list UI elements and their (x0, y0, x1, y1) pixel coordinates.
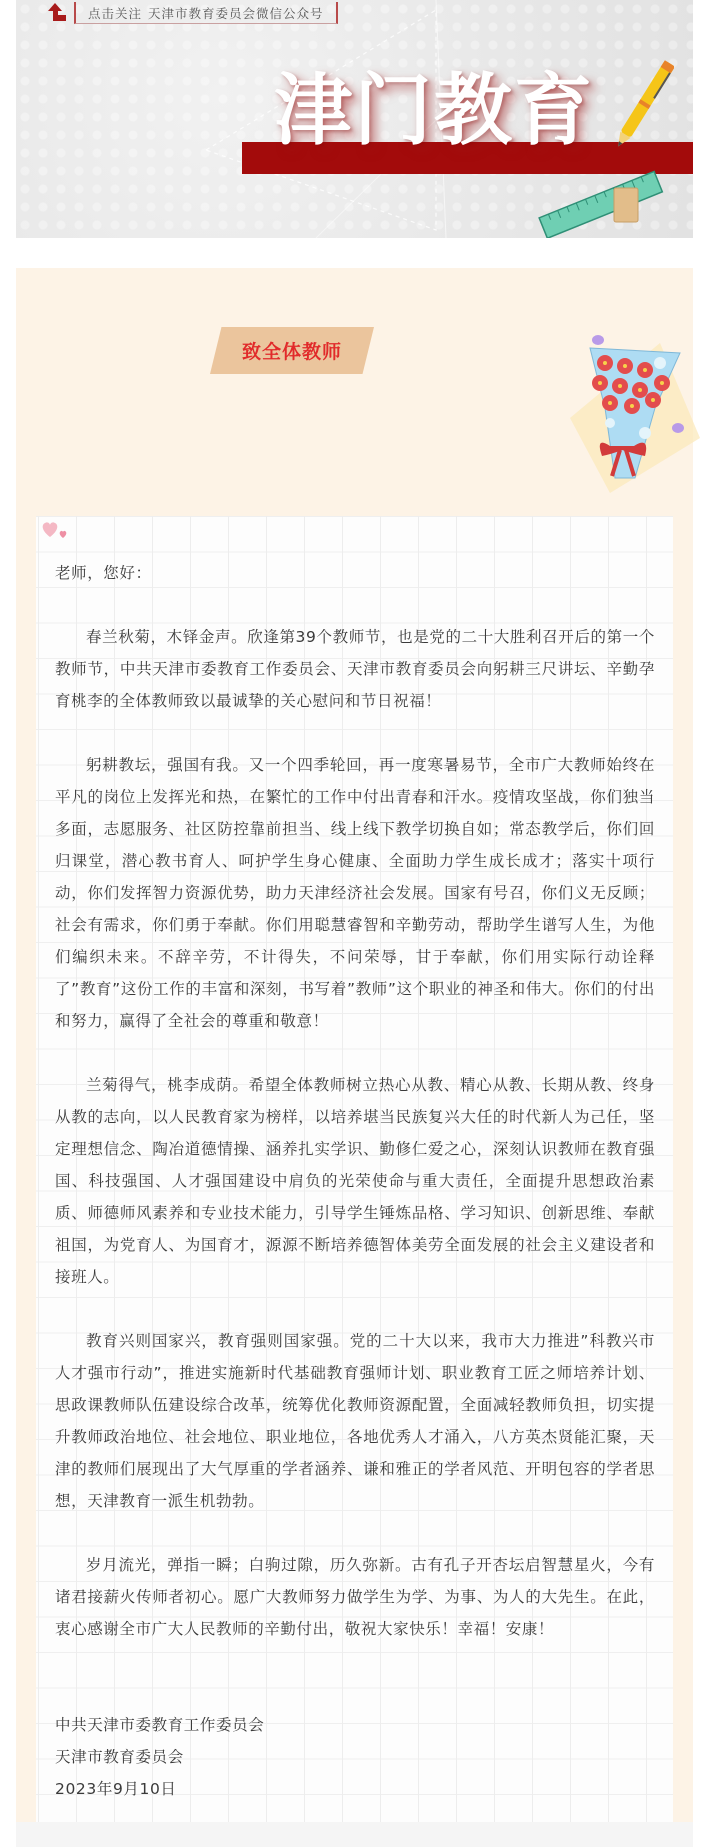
ruler-icon (536, 168, 664, 238)
letter-paragraph: 躬耕教坛，强国有我。又一个四季轮回，再一度寒暑易节，全市广大教师始终在平凡的岗位… (55, 749, 655, 1037)
letter-greeting: 老师，您好： (55, 557, 655, 589)
letter-paragraph: 教育兴则国家兴，教育强则国家强。党的二十大以来，我市大力推进”科教兴市人才强市行… (55, 1325, 655, 1517)
letter-paragraph: 春兰秋菊，木铎金声。欣逢第39个教师节，也是党的二十大胜利召开后的第一个教师节，… (55, 621, 655, 717)
follow-prefix: 点击关注 (88, 4, 142, 22)
arrow-up-left-icon (46, 1, 68, 25)
letter-body: 老师，您好： 春兰秋菊，木铎金声。欣逢第39个教师节，也是党的二十大胜利召开后的… (55, 557, 655, 1805)
follow-account-link[interactable]: 点击关注 天津市教育委员会微信公众号 (74, 2, 338, 24)
letter-heading-badge: 致全体教师 (210, 327, 374, 374)
hearts-icon (40, 519, 70, 541)
footer-area (16, 1822, 693, 1847)
letter-paragraph: 兰菊得气，桃李成荫。希望全体教师树立热心从教、精心从教、长期从教、终身从教的志向… (55, 1069, 655, 1293)
follow-account-name: 天津市教育委员会微信公众号 (148, 4, 324, 22)
letter-paragraph: 岁月流光，弹指一瞬；白驹过隙，历久弥新。古有孔子开杏坛启智慧星火，今有诸君接薪火… (55, 1549, 655, 1645)
letter-heading: 致全体教师 (242, 337, 342, 364)
follow-account-bar[interactable]: 点击关注 天津市教育委员会微信公众号 (46, 0, 338, 26)
signature-date: 2023年9月10日 (55, 1773, 655, 1805)
pencil-icon (614, 50, 674, 160)
signature-org-2: 天津市教育委员会 (55, 1741, 655, 1773)
header-banner: 点击关注 天津市教育委员会微信公众号 津门教育 (16, 0, 693, 238)
banner-title: 津门教育 (274, 48, 594, 160)
flower-bouquet-icon (550, 328, 708, 498)
signature-org-1: 中共天津市委教育工作委员会 (55, 1709, 655, 1741)
